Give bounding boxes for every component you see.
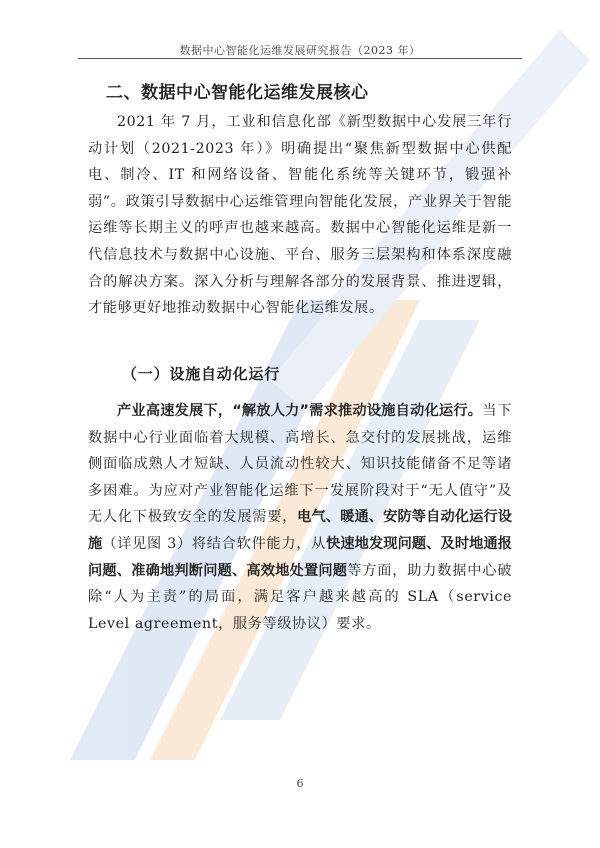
header-divider xyxy=(78,58,522,59)
paragraph-facility-automation: 产业高速发展下，“解放人力”需求推动设施自动化运行。当下数据中心行业面临着大规模… xyxy=(88,398,512,637)
paragraph-text: （详见图 3）将结合软件能力，从 xyxy=(102,536,326,552)
paragraph-text: 当下数据中心行业面临着大规模、高增长、急交付的发展挑战，运维侧面临成熟人才短缺、… xyxy=(88,403,512,525)
section-heading: 二、数据中心智能化运维发展核心 xyxy=(106,78,369,103)
document-page: 数据中心智能化运维发展研究报告（2023 年） 二、数据中心智能化运维发展核心 … xyxy=(0,0,600,848)
running-header: 数据中心智能化运维发展研究报告（2023 年） xyxy=(78,42,522,58)
paragraph-policy-background: 2021 年 7 月，工业和信息化部《新型数据中心发展三年行动计划（2021-2… xyxy=(88,109,512,322)
subsection-heading: （一）设施自动化运行 xyxy=(122,363,280,384)
page-number: 6 xyxy=(290,777,310,790)
paragraph-lead-bold: 产业高速发展下，“解放人力”需求推动设施自动化运行。 xyxy=(117,403,482,419)
